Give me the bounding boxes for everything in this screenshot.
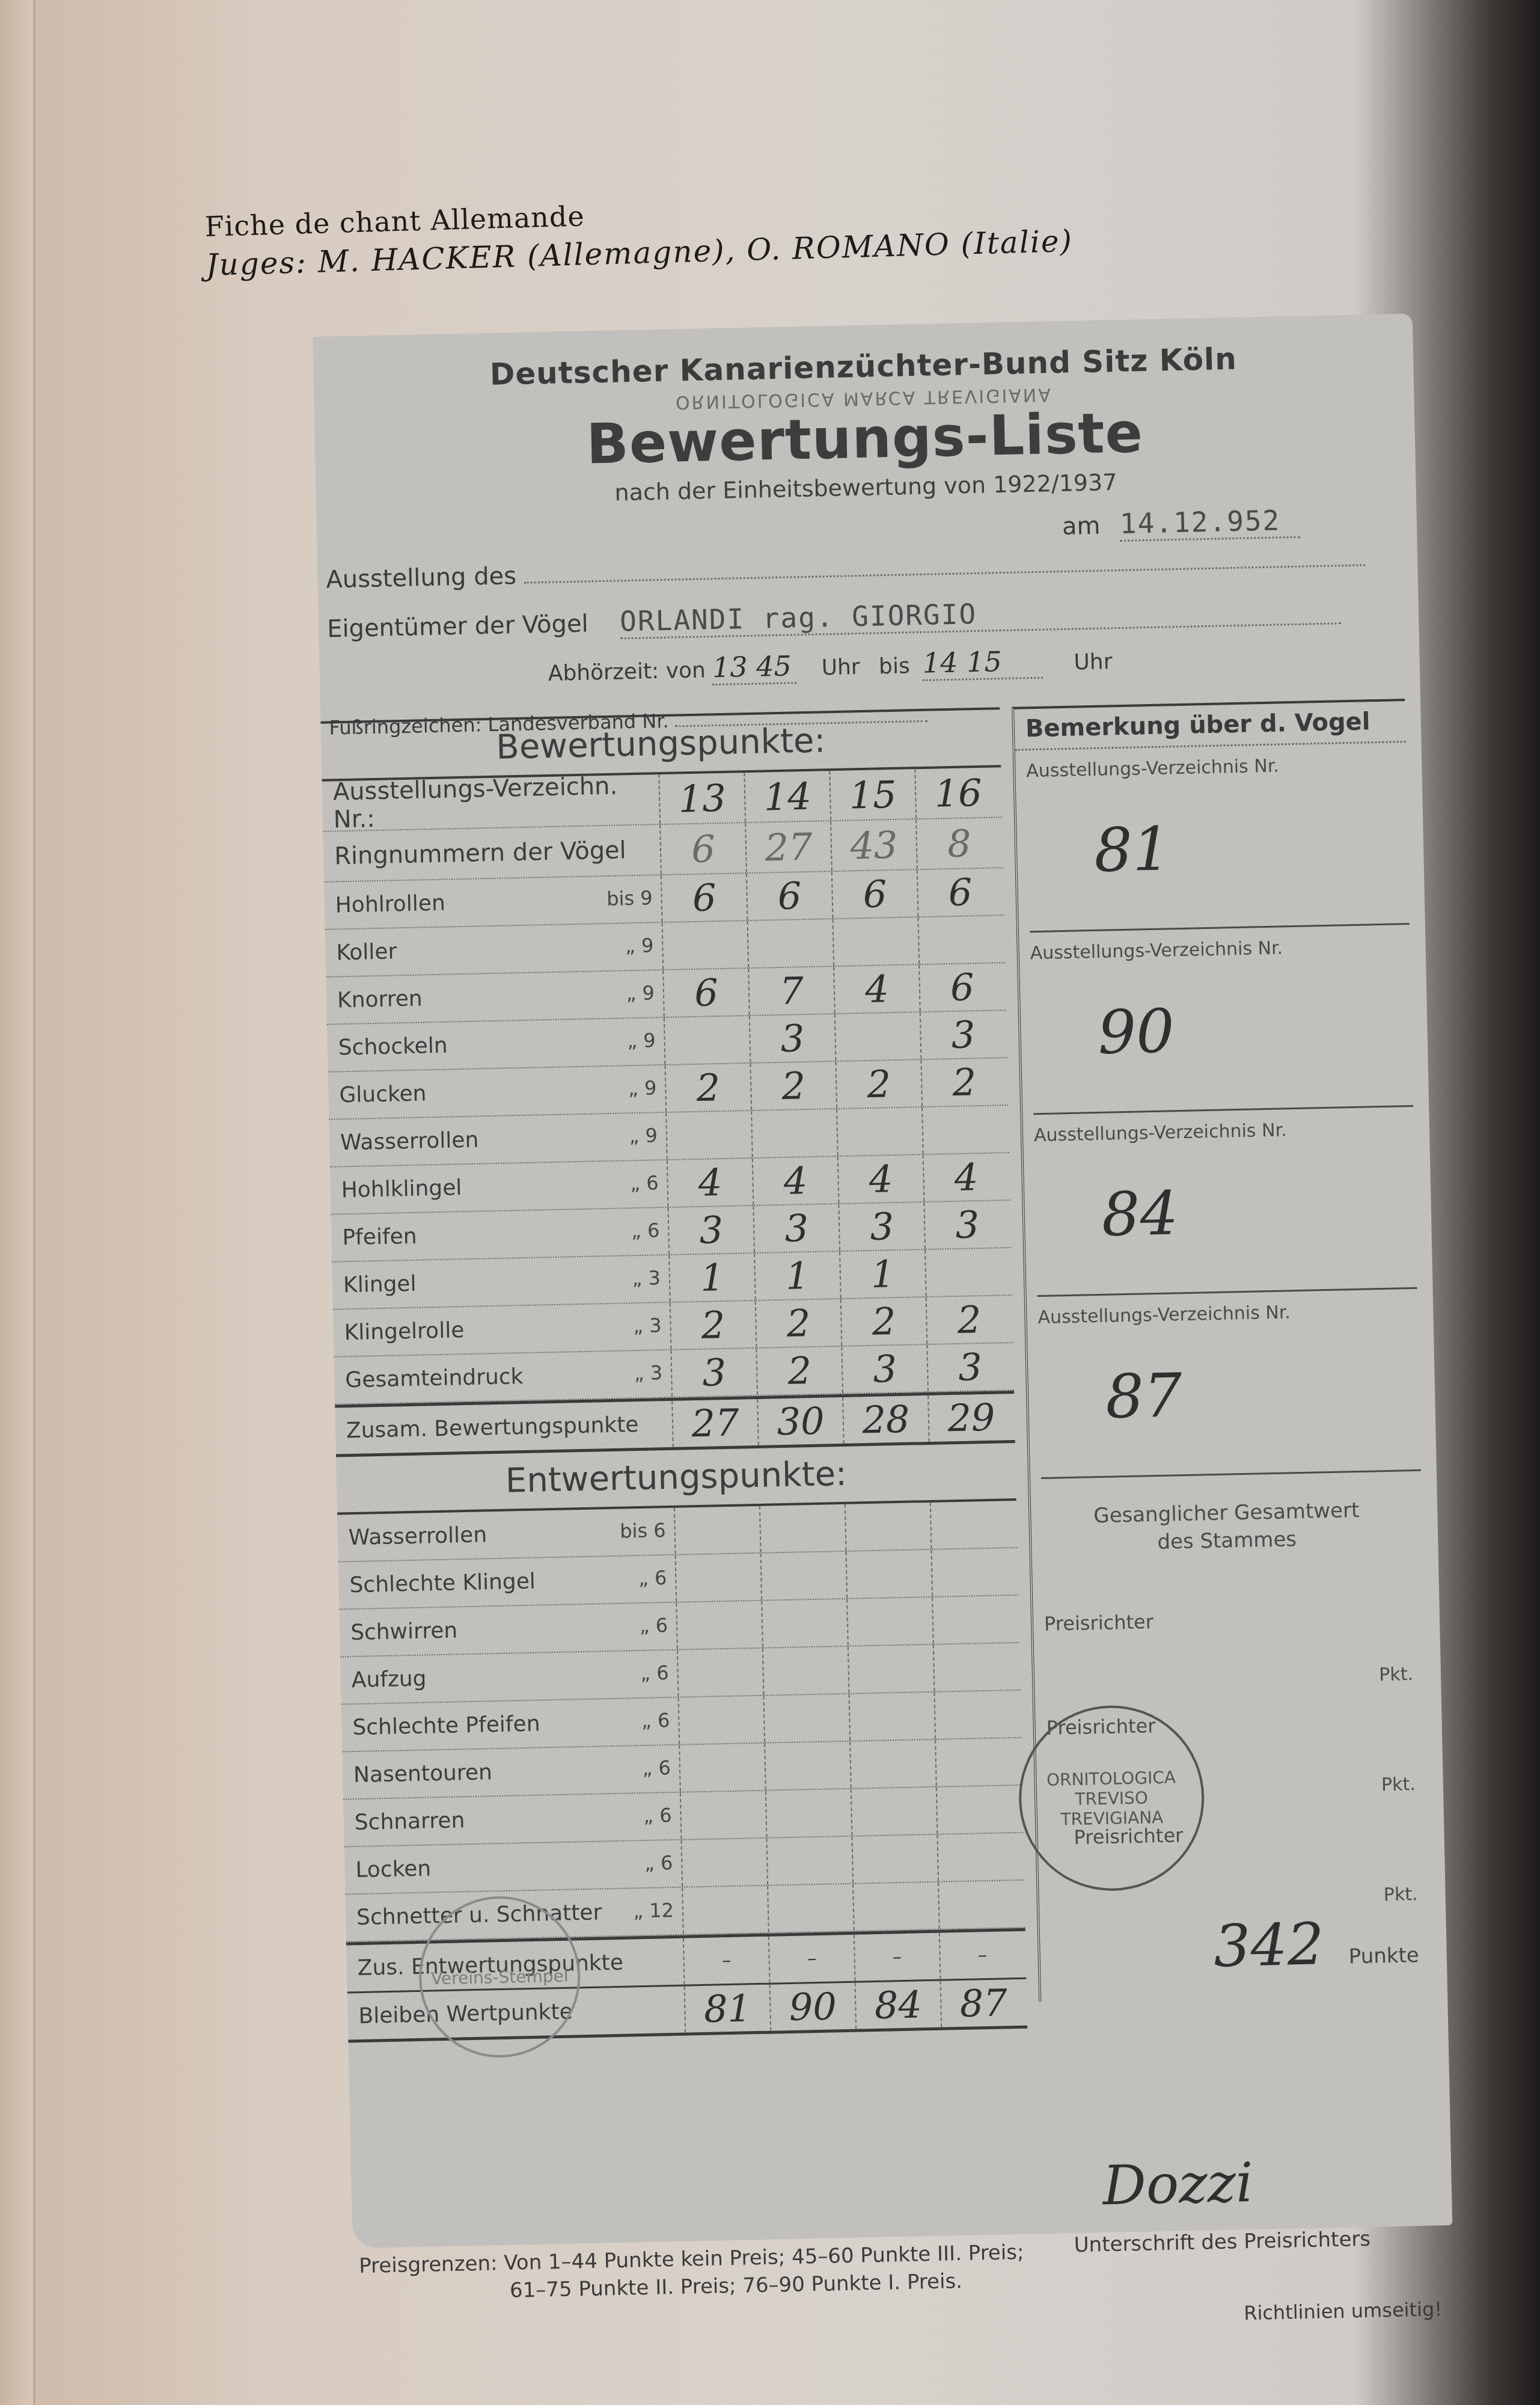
remark-block: Ausstellungs-Verzeichnis Nr. 90 (1030, 925, 1413, 1115)
time-to: 14 15 (922, 645, 1043, 681)
exhibition-value (524, 564, 1366, 583)
owner-value: ORLANDI rag. GIORGIO (620, 590, 1342, 639)
listening-time: Abhörzeit: von 13 45 Uhr bis 14 15 Uhr (548, 643, 1113, 689)
page-edge (33, 0, 35, 2405)
total-points-value: 342 (1213, 1910, 1325, 1980)
book-caption: Fiche de chant Allemande Juges: M. HACKE… (204, 182, 1228, 283)
remarks-section: Bemerkung über d. Vogel Ausstellungs-Ver… (1012, 699, 1432, 2002)
judge-1-points: Pkt. (1034, 1664, 1426, 1693)
date-value: 14.12.952 (1119, 504, 1300, 542)
form-header: Deutscher Kanarienzüchter-Bund Sitz Köln… (313, 314, 1416, 512)
guidelines-note: Richtlinien umseitig! (1244, 2297, 1443, 2324)
book-gutter (0, 0, 33, 2405)
evaluation-form: Deutscher Kanarienzüchter-Bund Sitz Köln… (313, 314, 1452, 2249)
judge-signature: Dozzi (1102, 2151, 1254, 2217)
scoring-section: Bewertungspunkte: Ausstellungs-Verzeichn… (320, 707, 1027, 2016)
remark-block: Ausstellungs-Verzeichnis Nr. 87 (1037, 1289, 1421, 1479)
time-from: 13 45 (712, 649, 797, 685)
signature-label: Unterschrift des Preisrichters (1074, 2227, 1370, 2257)
form-footer: Preisgrenzen: Von 1–44 Punkte kein Preis… (353, 2231, 1453, 2254)
exhibition-field: Ausstellung des (326, 544, 1366, 593)
total-value-heading: Gesanglicher Gesamtwert des Stammes (1030, 1471, 1423, 1559)
organization-name: Deutscher Kanarienzüchter-Bund Sitz Köln (313, 338, 1414, 396)
owner-field: Eigentümer der Vögel ORLANDI rag. GIORGI… (327, 590, 1342, 645)
date-field: am 14.12.952 (1062, 504, 1300, 543)
remark-block: Ausstellungs-Verzeichnis Nr. 81 (1026, 743, 1410, 933)
remark-block: Ausstellungs-Verzeichnis Nr. 84 (1033, 1107, 1417, 1297)
score-table: Bewertungspunkte: Ausstellungs-Verzeichn… (320, 699, 1447, 2008)
price-limits-line2: 61–75 Punkte II. Preis; 76–90 Punkte I. … (510, 2269, 963, 2303)
judge-1-label: Preisrichter (1044, 1605, 1425, 1635)
total-points: 342 Punkte (1213, 1908, 1419, 1980)
